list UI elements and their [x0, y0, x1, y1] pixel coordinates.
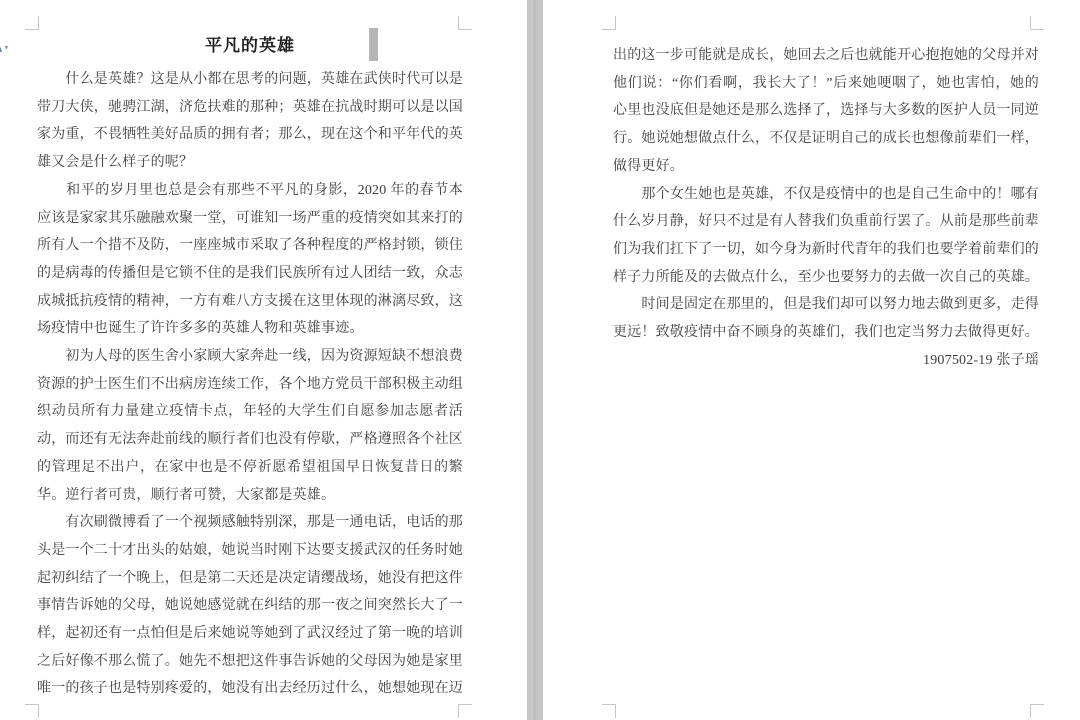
text-line: 事情告诉她的父母，她说她感觉就在纠结的那一夜之间突然长大了一 [37, 592, 463, 620]
margin-mark-bottom-left [602, 704, 616, 718]
margin-mark-bottom-left [25, 704, 39, 718]
dropdown-arrow-icon: ▾ [4, 39, 8, 57]
cursor-indicator [369, 28, 378, 61]
text-line: 的管理足不出户，在家中也是不停祈愿希望祖国早日恢复昔日的繁 [37, 454, 463, 482]
text-line: 资源的护士医生们不出病房连续工作，各个地方党员干部积极主动组 [37, 371, 463, 399]
text-line: 所有人一个措不及防，一座座城市采取了各种程度的严格封锁，锁住 [37, 232, 463, 260]
page-2-text-area: 出的这一步可能就是成长，她回去之后也就能开心抱抱她的父母并对他们说：“你们看啊，… [613, 36, 1039, 374]
text-line: 场疫情中也诞生了许许多多的英雄人物和英雄事迹。 [37, 315, 463, 343]
margin-mark-top-right [458, 16, 472, 30]
text-line: 更远！致敬疫情中奋不顾身的英雄们，我们也定当努力去做得更好。 [613, 319, 1039, 347]
text-line: 和平的岁月里也总是会有那些不平凡的身影，2020 年的春节本 [37, 177, 463, 205]
text-line: 华。逆行者可贵，顺行者可赞，大家都是英雄。 [37, 482, 463, 510]
text-line: 初为人母的医生舍小家顾大家奔赴一线，因为资源短缺不想浪费 [37, 343, 463, 371]
text-line: 动，而还有无法奔赴前线的顺行者们也没有停歇，严格遵照各个社区 [37, 426, 463, 454]
text-line: 家为重，不畏牺牲美好品质的拥有者；那么，现在这个和平年代的英 [37, 121, 463, 149]
text-line: 应该是家家其乐融融欢聚一堂，可谁知一场严重的疫情突如其来打的 [37, 205, 463, 233]
paragraph: 那个女生她也是英雄，不仅是疫情中的也是自己生命中的！哪有什么岁月静，好只不过是有… [613, 181, 1039, 292]
text-line: 什么岁月静，好只不过是有人替我们负重前行罢了。从前是那些前辈 [613, 208, 1039, 236]
paragraph: 有次刷微博看了一个视频感触特别深，那是一通电话，电话的那头是一个二十才出头的姑娘… [37, 509, 463, 703]
text-line: 时间是固定在那里的，但是我们却可以努力地去做到更多，走得 [613, 291, 1039, 319]
text-line: 之后好像不那么慌了。她先不想把这件事告诉她的父母因为她是家里 [37, 648, 463, 676]
text-line: 带刀大侠，驰骋江湖，济危扶难的那种；英雄在抗战时期可以是以国 [37, 94, 463, 122]
margin-mark-bottom-right [1030, 704, 1044, 718]
paragraph: 和平的岁月里也总是会有那些不平凡的身影，2020 年的春节本应该是家家其乐融融欢… [37, 177, 463, 343]
text-line: 织动员所有力量建立疫情卡点，年轻的大学生们自愿参加志愿者活 [37, 398, 463, 426]
text-line: 头是一个二十才出头的姑娘，她说当时刚下达要支援武汉的任务时她 [37, 537, 463, 565]
paragraph: 时间是固定在那里的，但是我们却可以努力地去做到更多，走得更远！致敬疫情中奋不顾身… [613, 291, 1039, 346]
margin-mark-bottom-right [458, 704, 472, 718]
text-line: 什么是英雄？这是从小都在思考的问题，英雄在武侠时代可以是 [37, 66, 463, 94]
text-line: 们为我们扛下了一切，如今身为新时代青年的我们也要学着前辈们的 [613, 236, 1039, 264]
text-line: 出的这一步可能就是成长，她回去之后也就能开心抱抱她的父母并对 [613, 42, 1039, 70]
text-line: 起初纠结了一个晚上，但是第二天还是决定请缨战场，她没有把这件 [37, 565, 463, 593]
text-line: 有次刷微博看了一个视频感触特别深，那是一通电话，电话的那 [37, 509, 463, 537]
text-line: 心里也没底但是她还是那么选择了，选择与大多数的医护人员一同逆 [613, 97, 1039, 125]
floating-format-button[interactable]: A ▾ [0, 39, 19, 57]
document-page-2: 出的这一步可能就是成长，她回去之后也就能开心抱抱她的父母并对他们说：“你们看啊，… [543, 0, 1080, 720]
text-line: 样，起初还有一点怕但是后来她说等她到了武汉经过了第一晚的培训 [37, 620, 463, 648]
margin-mark-top-right [1030, 16, 1044, 30]
text-line: 的是病毒的传播但是它锁不住的是我们民族所有过人团结一致，众志 [37, 260, 463, 288]
margin-mark-top-left [602, 16, 616, 30]
paragraph: 什么是英雄？这是从小都在思考的问题，英雄在武侠时代可以是带刀大侠，驰骋江湖，济危… [37, 66, 463, 177]
paragraph: 出的这一步可能就是成长，她回去之后也就能开心抱抱她的父母并对他们说：“你们看啊，… [613, 42, 1039, 181]
page-2-body: 出的这一步可能就是成长，她回去之后也就能开心抱抱她的父母并对他们说：“你们看啊，… [613, 42, 1039, 347]
document-title: 平凡的英雄 [37, 32, 463, 60]
text-line: 样子力所能及的去做点什么，至少也要努力的去做一次自己的英雄。 [613, 264, 1039, 292]
margin-mark-top-left [25, 16, 39, 30]
text-line: 做得更好。 [613, 153, 1039, 181]
author-signature: 1907502-19 张子瑶 [613, 347, 1039, 375]
text-line: 唯一的孩子也是特别疼爱的，她没有出去经历过什么，她想她现在迈 [37, 675, 463, 703]
text-line: 成城抵抗疫情的精神，一方有难八方支援在这里体现的淋漓尽致，这 [37, 288, 463, 316]
paragraph: 初为人母的医生舍小家顾大家奔赴一线，因为资源短缺不想浪费资源的护士医生们不出病房… [37, 343, 463, 509]
text-line: 雄又会是什么样子的呢？ [37, 149, 463, 177]
page-gap-divider [527, 0, 543, 720]
page-1-body: 什么是英雄？这是从小都在思考的问题，英雄在武侠时代可以是带刀大侠，驰骋江湖，济危… [37, 66, 463, 703]
text-line: 行。她说她想做点什么，不仅是证明自己的成长也想像前辈们一样， [613, 125, 1039, 153]
format-letter-icon: A [0, 39, 2, 57]
document-page-1: 平凡的英雄 什么是英雄？这是从小都在思考的问题，英雄在武侠时代可以是带刀大侠，驰… [0, 0, 527, 720]
text-line: 那个女生她也是英雄，不仅是疫情中的也是自己生命中的！哪有 [613, 181, 1039, 209]
text-line: 他们说：“你们看啊，我长大了！”后来她哽咽了，她也害怕，她的 [613, 70, 1039, 98]
page-1-text-area: 平凡的英雄 什么是英雄？这是从小都在思考的问题，英雄在武侠时代可以是带刀大侠，驰… [37, 32, 463, 703]
